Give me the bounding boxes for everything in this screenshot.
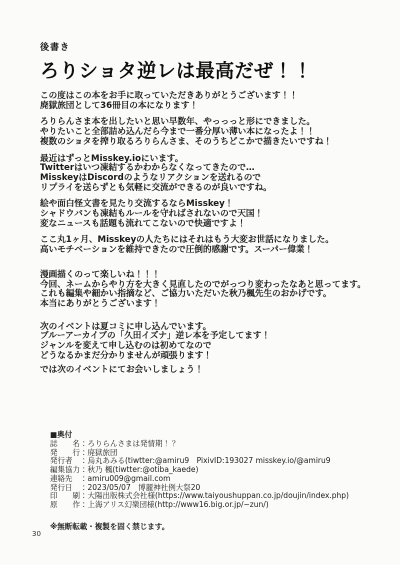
afterword-page: 後書き ろりショタ逆レは最高だぜ！！ この度はこの本をお手に取っていただきありが… xyxy=(0,0,400,565)
text-line: 本当にありがとうございます！ xyxy=(40,300,375,310)
text-line: リプライを送らずとも気軽に交流ができるのが良いですね。 xyxy=(40,184,375,194)
text-line: どうなるかまだ分かりませんが頑張ります！ xyxy=(40,352,375,362)
paragraph: 漫画描くのって楽しいね！！！今回、ネームからやり方を大きく見直したのでがっつり変… xyxy=(40,271,375,310)
section-label: 後書き xyxy=(40,40,375,53)
paragraph: 絵や面白怪文書を見たり交流するならMisskey！シャドウバンも凍結もルールを守… xyxy=(40,200,375,229)
paragraph: ろりらんさま本を出したいと思い早数年、やっっっと形にできました。やりたいこと全部… xyxy=(40,118,375,147)
colophon-heading: ■奥付 xyxy=(50,430,392,439)
text-line: 複数のショタを搾り取るろりらんさま、そのうちどこかで描きたいですね！ xyxy=(40,138,375,148)
afterword-paragraphs: この度はこの本をお手に取っていただきありがとうございます！！廃獄旅団として36冊… xyxy=(40,92,375,376)
colophon-section: ■奥付 誌 名：ろりらんさまは発情期！？発 行：廃獄旅団発行者 ：烏丸あみる(t… xyxy=(50,430,392,532)
page-number: 30 xyxy=(32,530,41,538)
text-line: では次のイベントにてお会いしましょう！ xyxy=(40,366,375,376)
afterword-section: 後書き ろりショタ逆レは最高だぜ！！ この度はこの本をお手に取っていただきありが… xyxy=(40,40,375,376)
text-line: 廃獄旅団として36冊目の本になります！ xyxy=(40,102,375,112)
colophon-line: 原 作：上海アリス幻樂団様(http://www16.big.or.jp/~zu… xyxy=(50,501,392,510)
paragraph: ここ丸1ヶ月、Misskeyの人たちにはそれはもう大変お世話になりました。高いモ… xyxy=(40,236,375,255)
reprint-prohibition-notice: ※無断転載・複製を固く禁じます。 xyxy=(50,521,392,532)
text-line: 高いモチベーションを維持できたので圧倒的感謝です。スーパー偉業！ xyxy=(40,246,375,256)
text-line: 変なニュースも話題も流れてこないので快適ですよ！ xyxy=(40,220,375,230)
paragraph: 次のイベントは夏コミに申し込んでいます。ブルーアーカイブの「久田イズナ」逆レ本を… xyxy=(40,323,375,362)
paragraph: では次のイベントにてお会いしましょう！ xyxy=(40,366,375,376)
colophon-lines: 誌 名：ろりらんさまは発情期！？発 行：廃獄旅団発行者 ：烏丸あみる(tiwtt… xyxy=(50,440,392,510)
paragraph: 最近はずっとMisskey.ioにいます。Twitterはいつ凍結するかわからな… xyxy=(40,155,375,194)
page-title: ろりショタ逆レは最高だぜ！！ xyxy=(40,56,375,83)
paragraph: この度はこの本をお手に取っていただきありがとうございます！！廃獄旅団として36冊… xyxy=(40,92,375,111)
